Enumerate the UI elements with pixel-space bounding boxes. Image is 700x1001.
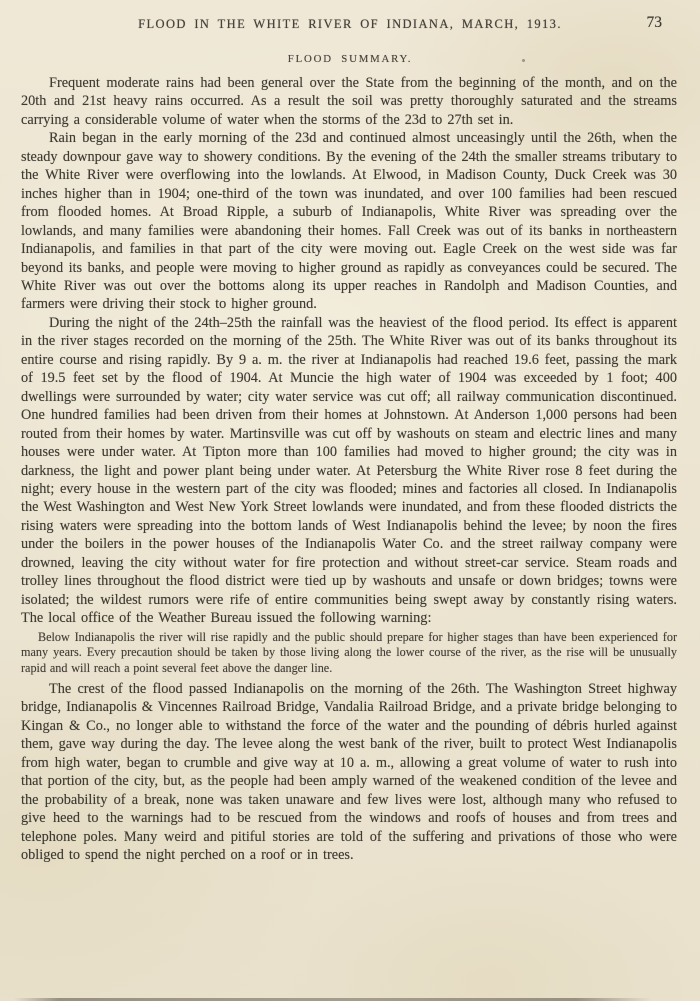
- running-header: FLOOD IN THE WHITE RIVER OF INDIANA, MAR…: [0, 17, 700, 32]
- ink-speck-artifact: [522, 59, 525, 62]
- paragraph-flood-crest-26th: The crest of the flood passed Indianapol…: [21, 680, 677, 865]
- paragraph-night-24th-25th: During the night of the 24th–25th the ra…: [21, 314, 677, 628]
- weather-bureau-warning-quote: Below Indianapolis the river will rise r…: [21, 630, 677, 677]
- paragraph-rain-summary: Frequent moderate rains had been general…: [21, 74, 677, 129]
- page-number: 73: [647, 14, 663, 32]
- section-title: FLOOD SUMMARY.: [0, 53, 700, 65]
- paragraph-rain-begins-23d: Rain began in the early morning of the 2…: [21, 129, 677, 314]
- scanned-document-page: FLOOD IN THE WHITE RIVER OF INDIANA, MAR…: [0, 0, 700, 1001]
- document-body: Frequent moderate rains had been general…: [21, 74, 677, 865]
